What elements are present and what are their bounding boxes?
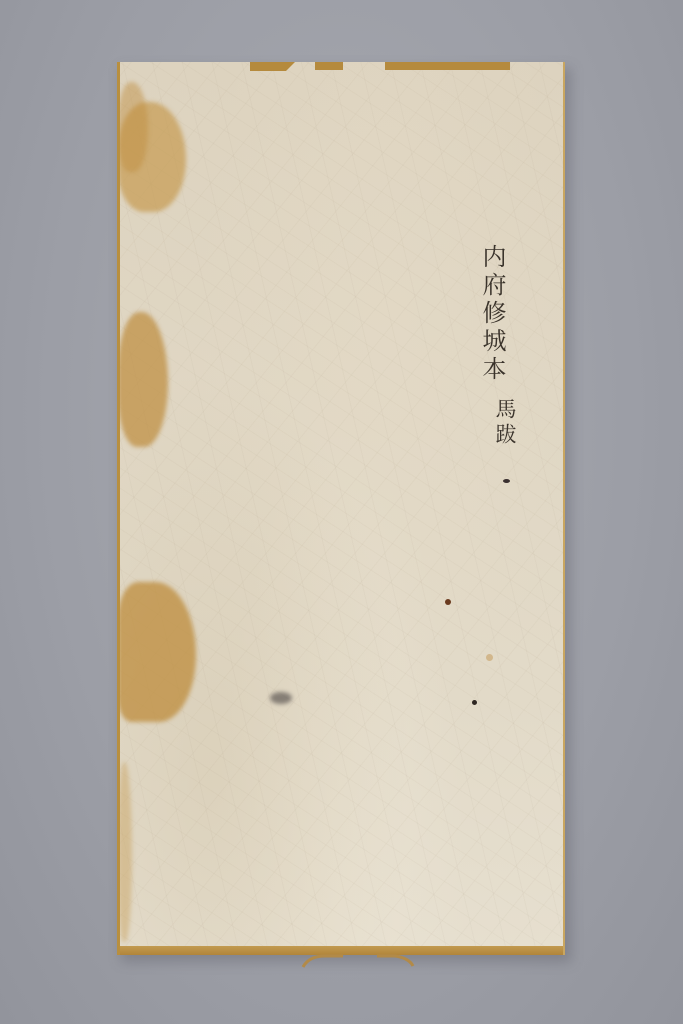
paper-fiber-texture	[120, 62, 563, 955]
cover-title-inscription: 内府修城本	[480, 244, 504, 384]
dark-speck	[270, 692, 292, 704]
binding-ties	[295, 950, 425, 970]
dark-speck	[503, 479, 510, 483]
water-stain	[118, 82, 148, 172]
top-tape-strip	[315, 62, 343, 70]
water-stain	[118, 582, 196, 722]
signature-inscription: 馬跋	[494, 398, 515, 448]
dark-speck	[472, 700, 477, 705]
top-tape-strip	[385, 62, 510, 70]
light-stain	[486, 654, 493, 661]
dark-speck	[445, 599, 451, 605]
water-stain	[118, 312, 168, 447]
book-cover	[117, 62, 565, 955]
